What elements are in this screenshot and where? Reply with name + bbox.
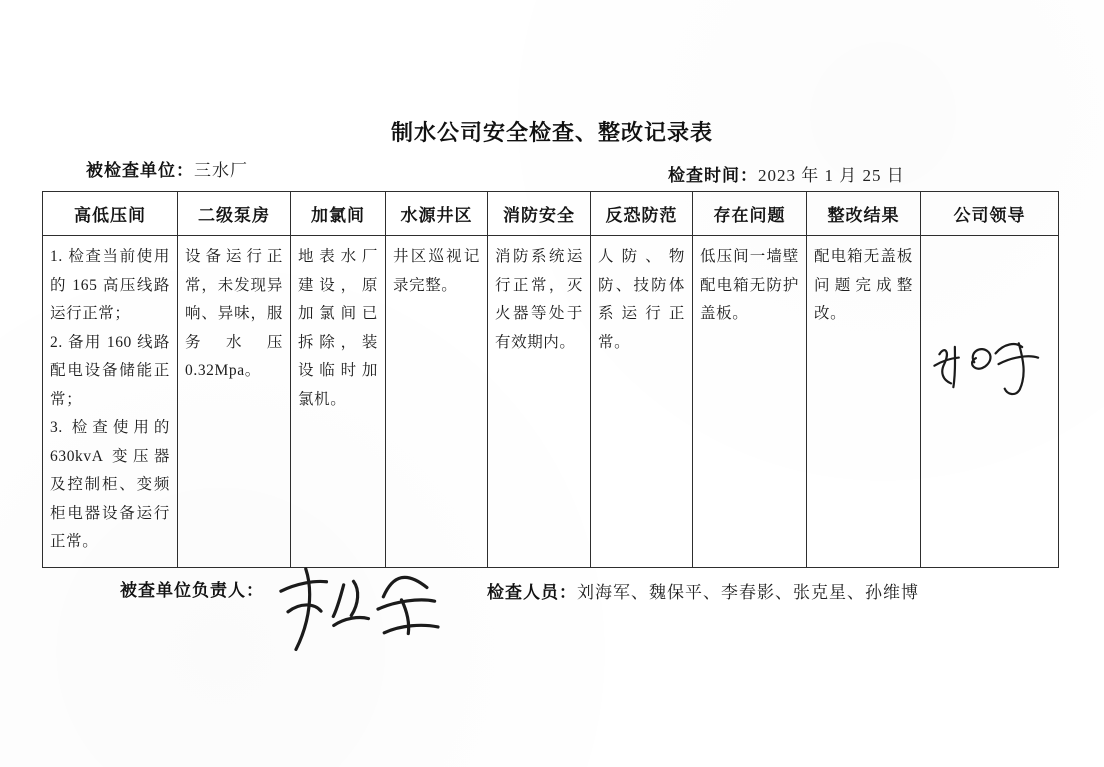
inspection-time-value: 2023 年 1 月 25 日 <box>758 166 905 185</box>
page-title: 制水公司安全检查、整改记录表 <box>0 116 1104 147</box>
inspection-time-line: 检查时间：2023 年 1 月 25 日 <box>668 161 905 186</box>
responsible-signature-handwriting-icon <box>265 551 456 669</box>
column-header-anti-terrorism: 反恐防范 <box>591 192 693 236</box>
cell-rectification-result: 配电箱无盖板问题完成整改。 <box>807 236 921 568</box>
cell-water-source-well-area: 井区巡视记录完整。 <box>386 236 488 568</box>
inspection-record-table: 高低压间 二级泵房 加氯间 水源井区 消防安全 反恐防范 存在问题 整改结果 公… <box>42 191 1059 568</box>
inspection-time-label: 检查时间： <box>668 166 758 185</box>
cell-high-low-voltage-room: 1. 检查当前使用的 165 高压线路运行正常； 2. 备用 160 线路配电设… <box>43 236 178 568</box>
inspected-unit-line: 被检查单位：三水厂 <box>86 156 248 181</box>
responsible-person-line: 被查单位负责人： <box>120 576 264 601</box>
column-header-high-low-voltage-room: 高低压间 <box>43 192 178 236</box>
cell-secondary-pump-room: 设备运行正常，未发现异响、异味，服务水压 0.32Mpa。 <box>178 236 291 568</box>
cell-anti-terrorism: 人防、物防、技防体系运行正常。 <box>591 236 693 568</box>
document-page: 制水公司安全检查、整改记录表 被检查单位：三水厂 检查时间：2023 年 1 月… <box>0 0 1104 767</box>
cell-fire-safety: 消防系统运行正常，灭火器等处于有效期内。 <box>488 236 591 568</box>
column-header-company-leader: 公司领导 <box>921 192 1059 236</box>
column-header-secondary-pump-room: 二级泵房 <box>178 192 291 236</box>
column-header-chlorination-room: 加氯间 <box>291 192 386 236</box>
table-body-row: 1. 检查当前使用的 165 高压线路运行正常； 2. 备用 160 线路配电设… <box>43 236 1059 568</box>
column-header-water-source-well-area: 水源井区 <box>386 192 488 236</box>
column-header-rectification-result: 整改结果 <box>807 192 921 236</box>
cell-existing-problems: 低压间一墙壁配电箱无防护盖板。 <box>693 236 807 568</box>
inspectors-value: 刘海军、魏保平、李春影、张克星、孙维博 <box>577 583 919 602</box>
inspectors-line: 检查人员：刘海军、魏保平、李春影、张克星、孙维博 <box>487 578 919 603</box>
leader-signature-handwriting-icon <box>922 329 1056 412</box>
inspectors-label: 检查人员： <box>487 583 577 602</box>
cell-chlorination-room: 地表水厂建设，原加氯间已拆除，装设临时加氯机。 <box>291 236 386 568</box>
table-header-row: 高低压间 二级泵房 加氯间 水源井区 消防安全 反恐防范 存在问题 整改结果 公… <box>43 192 1059 236</box>
inspected-unit-value: 三水厂 <box>194 161 248 180</box>
inspected-unit-label: 被检查单位： <box>86 161 194 180</box>
responsible-person-label: 被查单位负责人： <box>120 581 264 600</box>
cell-company-leader <box>921 236 1059 568</box>
column-header-existing-problems: 存在问题 <box>693 192 807 236</box>
column-header-fire-safety: 消防安全 <box>488 192 591 236</box>
